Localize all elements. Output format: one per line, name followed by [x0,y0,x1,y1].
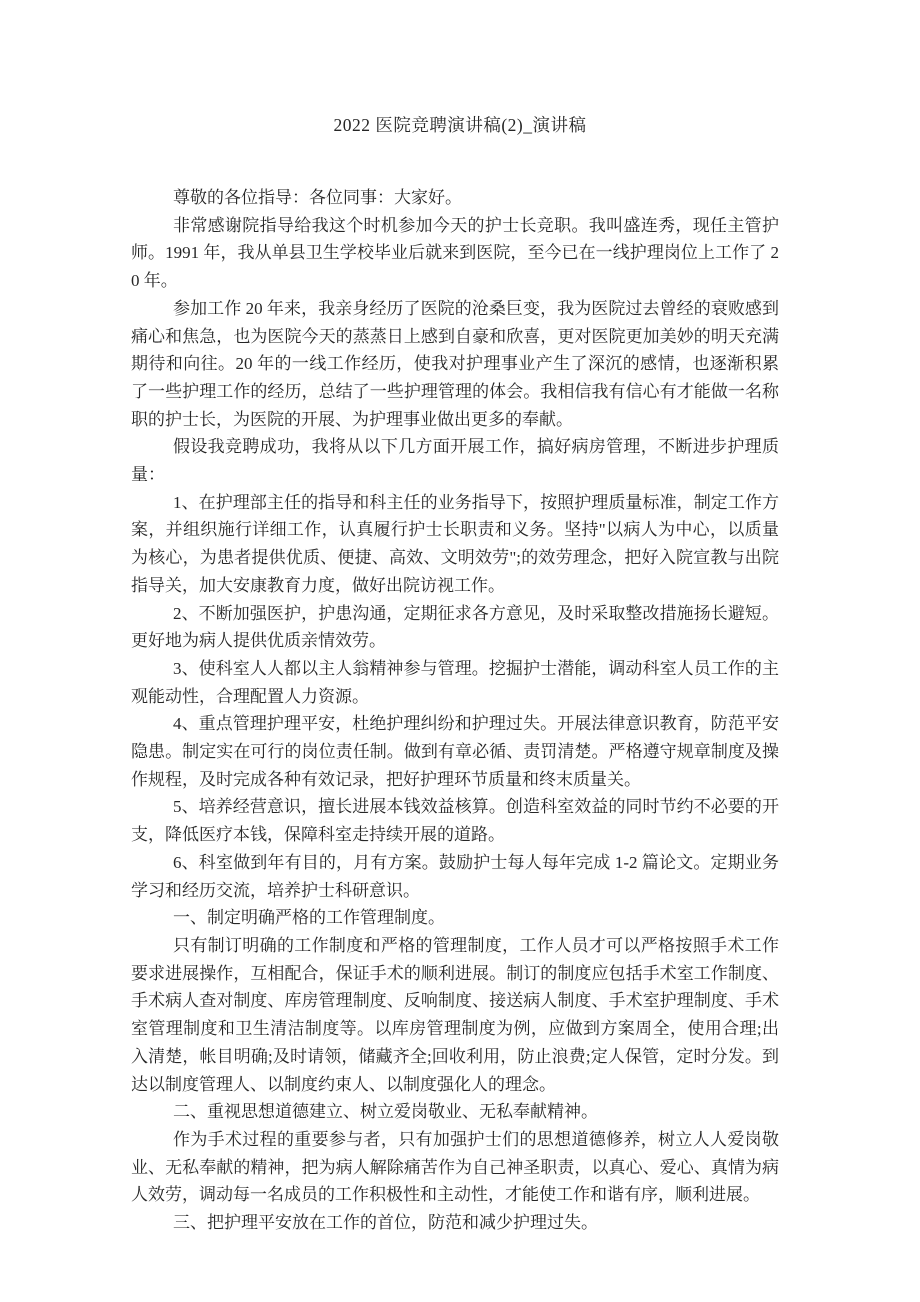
paragraph-greeting: 尊敬的各位指导：各位同事：大家好。 [131,184,779,212]
paragraph-item-2: 2、不断加强医护，护患沟通，定期征求各方意见，及时采取整改措施扬长避短。更好地为… [131,600,779,655]
paragraph-item-3: 3、使科室人人都以主人翁精神参与管理。挖掘护士潜能，调动科室人员工作的主观能动性… [131,655,779,710]
paragraph-section-1-body: 只有制订明确的工作制度和严格的管理制度，工作人员才可以严格按照手术工作要求进展操… [131,932,779,1098]
paragraph-item-5: 5、培养经营意识，擅长进展本钱效益核算。创造科室效益的同时节约不必要的开支，降低… [131,793,779,848]
document-body: 尊敬的各位指导：各位同事：大家好。 非常感谢院指导给我这个时机参加今天的护士长竞… [131,184,779,1237]
paragraph-section-1: 一、制定明确严格的工作管理制度。 [131,904,779,932]
paragraph-intro: 非常感谢院指导给我这个时机参加今天的护士长竞职。我叫盛连秀，现任主管护师。199… [131,212,779,295]
paragraph-section-2: 二、重视思想道德建立、树立爱岗敬业、无私奉献精神。 [131,1098,779,1126]
paragraph-plan-lead-in: 假设我竞聘成功，我将从以下几方面开展工作，搞好病房管理，不断进步护理质量： [131,433,779,488]
paragraph-item-1: 1、在护理部主任的指导和科主任的业务指导下，按照护理质量标准，制定工作方案，并组… [131,489,779,600]
paragraph-item-6: 6、科室做到年有目的，月有方案。鼓励护士每人每年完成 1-2 篇论文。定期业务学… [131,849,779,904]
paragraph-section-2-body: 作为手术过程的重要参与者，只有加强护士们的思想道德修养，树立人人爱岗敬业、无私奉… [131,1126,779,1209]
document-title: 2022 医院竞聘演讲稿(2)_演讲稿 [0,0,920,139]
document-page: 2022 医院竞聘演讲稿(2)_演讲稿 尊敬的各位指导：各位同事：大家好。 非常… [0,0,920,1302]
paragraph-experience: 参加工作 20 年来，我亲身经历了医院的沧桑巨变，我为医院过去曾经的衰败感到痛心… [131,295,779,434]
paragraph-section-3: 三、把护理平安放在工作的首位，防范和减少护理过失。 [131,1209,779,1237]
paragraph-item-4: 4、重点管理护理平安，杜绝护理纠纷和护理过失。开展法律意识教育，防范平安隐患。制… [131,710,779,793]
